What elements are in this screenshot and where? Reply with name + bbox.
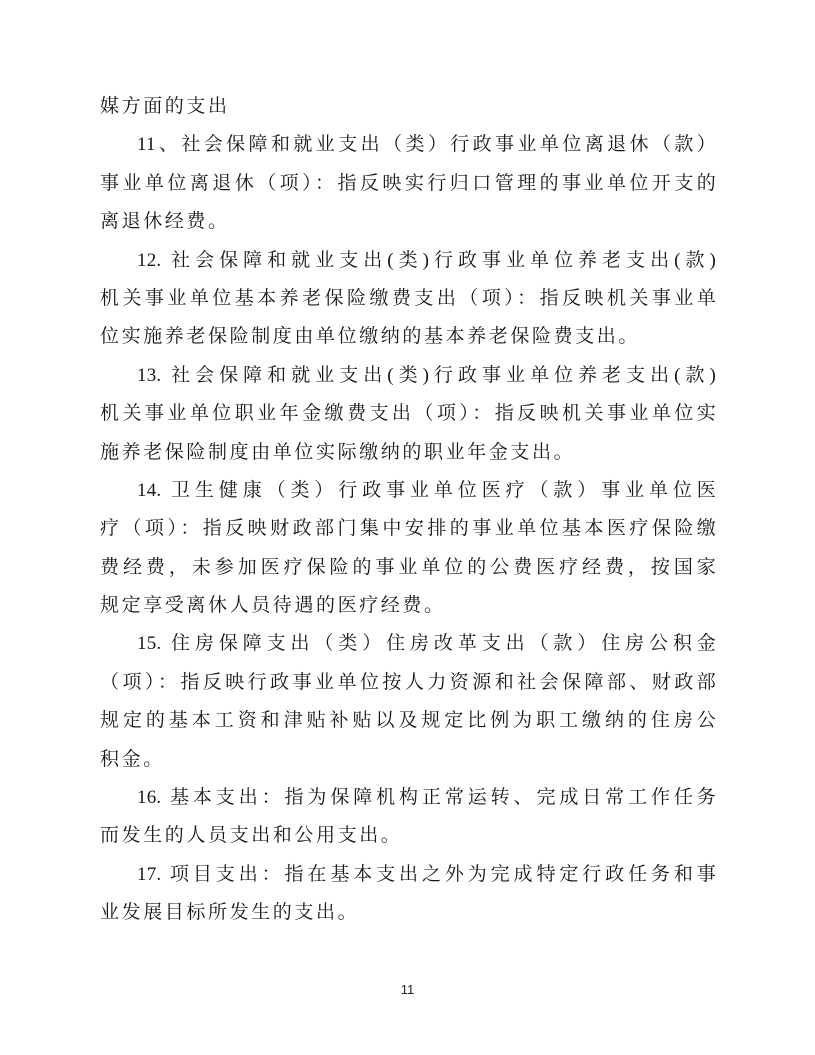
text-line: 14. 卫生健康（类）行政事业单位医疗（款）事业单位医 [100, 472, 716, 510]
text-line: 15. 住房保障支出（类）住房改革支出（款）住房公积金 [100, 625, 716, 663]
text-line: 13. 社会保障和就业支出(类)行政事业单位养老支出(款) [100, 357, 716, 395]
text-line: 费经费，未参加医疗保险的事业单位的公费医疗经费，按国家 [100, 549, 716, 587]
document-page: 媒方面的支出 11、社会保障和就业支出（类）行政事业单位离退休（款） 事业单位离… [0, 0, 815, 1055]
text-line: 机关事业单位基本养老保险缴费支出（项）：指反映机关事业单 [100, 280, 716, 318]
text-line: 11、社会保障和就业支出（类）行政事业单位离退休（款） [100, 126, 716, 164]
text-line: 规定享受离休人员待遇的医疗经费。 [100, 587, 716, 625]
text-line: 16. 基本支出：指为保障机构正常运转、完成日常工作任务 [100, 779, 716, 817]
text-line: 离退休经费。 [100, 203, 716, 241]
text-line: 规定的基本工资和津贴补贴以及规定比例为职工缴纳的住房公 [100, 702, 716, 740]
text-line: 疗（项）：指反映财政部门集中安排的事业单位基本医疗保险缴 [100, 510, 716, 548]
text-line: 而发生的人员支出和公用支出。 [100, 817, 716, 855]
text-line: 业发展目标所发生的支出。 [100, 894, 716, 932]
text-line: 施养老保险制度由单位实际缴纳的职业年金支出。 [100, 434, 716, 472]
text-line: 17. 项目支出：指在基本支出之外为完成特定行政任务和事 [100, 856, 716, 894]
text-line: 12. 社会保障和就业支出(类)行政事业单位养老支出(款) [100, 242, 716, 280]
text-line: 位实施养老保险制度由单位缴纳的基本养老保险费支出。 [100, 318, 716, 356]
document-text-block: 媒方面的支出 11、社会保障和就业支出（类）行政事业单位离退休（款） 事业单位离… [100, 88, 716, 933]
text-line: 媒方面的支出 [100, 88, 716, 126]
text-line: （项）：指反映行政事业单位按人力资源和社会保障部、财政部 [100, 664, 716, 702]
text-line: 机关事业单位职业年金缴费支出（项）：指反映机关事业单位实 [100, 395, 716, 433]
text-line: 积金。 [100, 741, 716, 779]
text-line: 事业单位离退休（项）：指反映实行归口管理的事业单位开支的 [100, 165, 716, 203]
page-number: 11 [0, 982, 815, 997]
